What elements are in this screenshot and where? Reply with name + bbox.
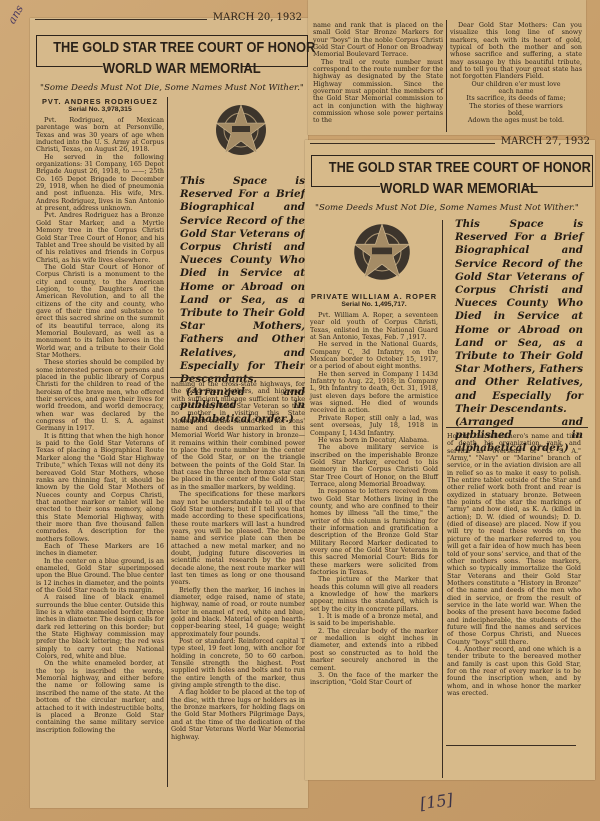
masthead-title: THE GOLD STAR TREE COURT OF HONOR [53, 40, 291, 56]
paragraph: 4. Another record, and one which is a te… [447, 646, 581, 697]
paragraph: The Gold Star Court of Honor of Corpus C… [36, 264, 164, 359]
gold-star-emblem-icon [352, 222, 412, 282]
paragraph: 3. On the face of the marker the inscrip… [310, 672, 438, 687]
paragraph: 1. It is made of a bronze metal, and is … [310, 613, 438, 628]
paragraph: On the white enameled border, at the top… [36, 660, 164, 733]
paragraph: Pvt. Rodriguez, of Mexican parentage was… [36, 117, 164, 154]
article-body: Pvt. William A. Roper, a seventeen year … [310, 312, 438, 687]
paragraph: The above military service is inscribed … [310, 444, 438, 488]
paragraph: In the center on a blue ground, is an en… [36, 558, 164, 595]
paragraph: He served in the following organizations… [36, 154, 164, 213]
date-label: MARCH 27, 1932 [501, 136, 590, 147]
masthead-subtitle: WORLD WAR MEMORIAL [380, 181, 524, 197]
paragraph: 2. The circular body of the marker or me… [310, 628, 438, 672]
paragraph: Pvt. William A. Roper, a seventeen year … [310, 312, 438, 341]
paragraph: naming of the cross-state highways, for … [171, 381, 305, 491]
paragraph: The picture of the Marker that heads thi… [310, 576, 438, 613]
date-label: MARCH 20, 1932 [213, 12, 302, 23]
section-rule [446, 745, 576, 746]
paragraph: Briefly then the marker, 16 inches in di… [171, 587, 305, 638]
paragraph: The trail or route number must correspon… [313, 59, 443, 125]
paragraph: In response to letters received from two… [310, 488, 438, 576]
article-continuation-col4: Dear Gold Star Mothers: Can you visualiz… [450, 22, 582, 125]
soldier-name: PVT. ANDRES RODRIGUEZ [36, 97, 164, 106]
column-rule [167, 97, 168, 787]
paragraph: He served in the National Guards, Compan… [310, 341, 438, 370]
paragraph: name and rank that is placed on the smal… [313, 22, 443, 59]
reserved-space-notice: This Space is Reserved For a Brief Biogr… [455, 218, 583, 456]
section-rule [446, 427, 588, 428]
reserved-text: This Space is Reserved For a Brief Biogr… [455, 218, 583, 416]
motto: "Some Deeds Must Not Die, Some Names Mus… [40, 83, 304, 93]
paragraph: He then served in Company I 143d Infantr… [310, 371, 438, 415]
biography-column: PRIVATE WILLIAM A. ROPER Serial No. 1,49… [310, 292, 438, 687]
article-body-continued: naming of the cross-state highways, for … [171, 381, 305, 741]
article-continuation-col3: name and rank that is placed on the smal… [313, 22, 443, 125]
paragraph: Honor," the fallen hero's name and time … [447, 433, 581, 646]
paragraph: A raised line of black enamel surrounds … [36, 594, 164, 660]
serial-number: Serial No. 1,495,717. [310, 301, 438, 309]
paragraph: Private Roper, still only a lad, was sen… [310, 415, 438, 437]
handwritten-page-number: [15] [419, 790, 454, 813]
masthead-subtitle: WORLD WAR MEMORIAL [103, 61, 243, 77]
poem-line: Adown the ages must be told. [450, 117, 582, 124]
masthead-title: THE GOLD STAR TREE COURT OF HONOR [329, 160, 575, 176]
handwritten-corner-note: ans [5, 3, 26, 26]
paragraph: Dear Gold Star Mothers: Can you visualiz… [450, 22, 582, 81]
column-rule [442, 220, 443, 778]
dateline: MARCH 27, 1932 [310, 136, 590, 147]
article-body-continued: Honor," the fallen hero's name and time … [447, 433, 581, 697]
serial-number: Serial No. 3,978,315 [36, 106, 164, 114]
soldier-name: PRIVATE WILLIAM A. ROPER [310, 292, 438, 301]
column-rule [446, 20, 447, 132]
paragraph: Each of These Markers are 16 inches in d… [36, 543, 164, 558]
paragraph: These stories should be compiled by some… [36, 359, 164, 432]
paragraph: A flag holder to be placed at the top of… [171, 689, 305, 740]
scrapbook-page: ans MARCH 20, 1932 THE GOLD STAR TREE CO… [0, 0, 600, 821]
paragraph: Post or standard: Reinforced capital T t… [171, 638, 305, 689]
motto: "Some Deeds Must Not Die, Some Names Mus… [315, 203, 579, 213]
poem: Our children e'er must loveeach nameIts … [450, 81, 582, 125]
paragraph: The specifications for these markers may… [171, 491, 305, 586]
paragraph: Pvt. Andres Rodriguez has a Bronze Gold … [36, 212, 164, 263]
section-rule [170, 377, 305, 378]
biography-column: PVT. ANDRES RODRIGUEZ Serial No. 3,978,3… [36, 97, 164, 734]
dateline: MARCH 20, 1932 [35, 12, 302, 23]
gold-star-emblem-icon [214, 103, 268, 157]
article-body: Pvt. Rodriguez, of Mexican parentage was… [36, 117, 164, 734]
paragraph: It is fitting that when the high honor i… [36, 433, 164, 543]
reserved-text: This Space is Reserved For a Brief Biogr… [180, 175, 305, 386]
